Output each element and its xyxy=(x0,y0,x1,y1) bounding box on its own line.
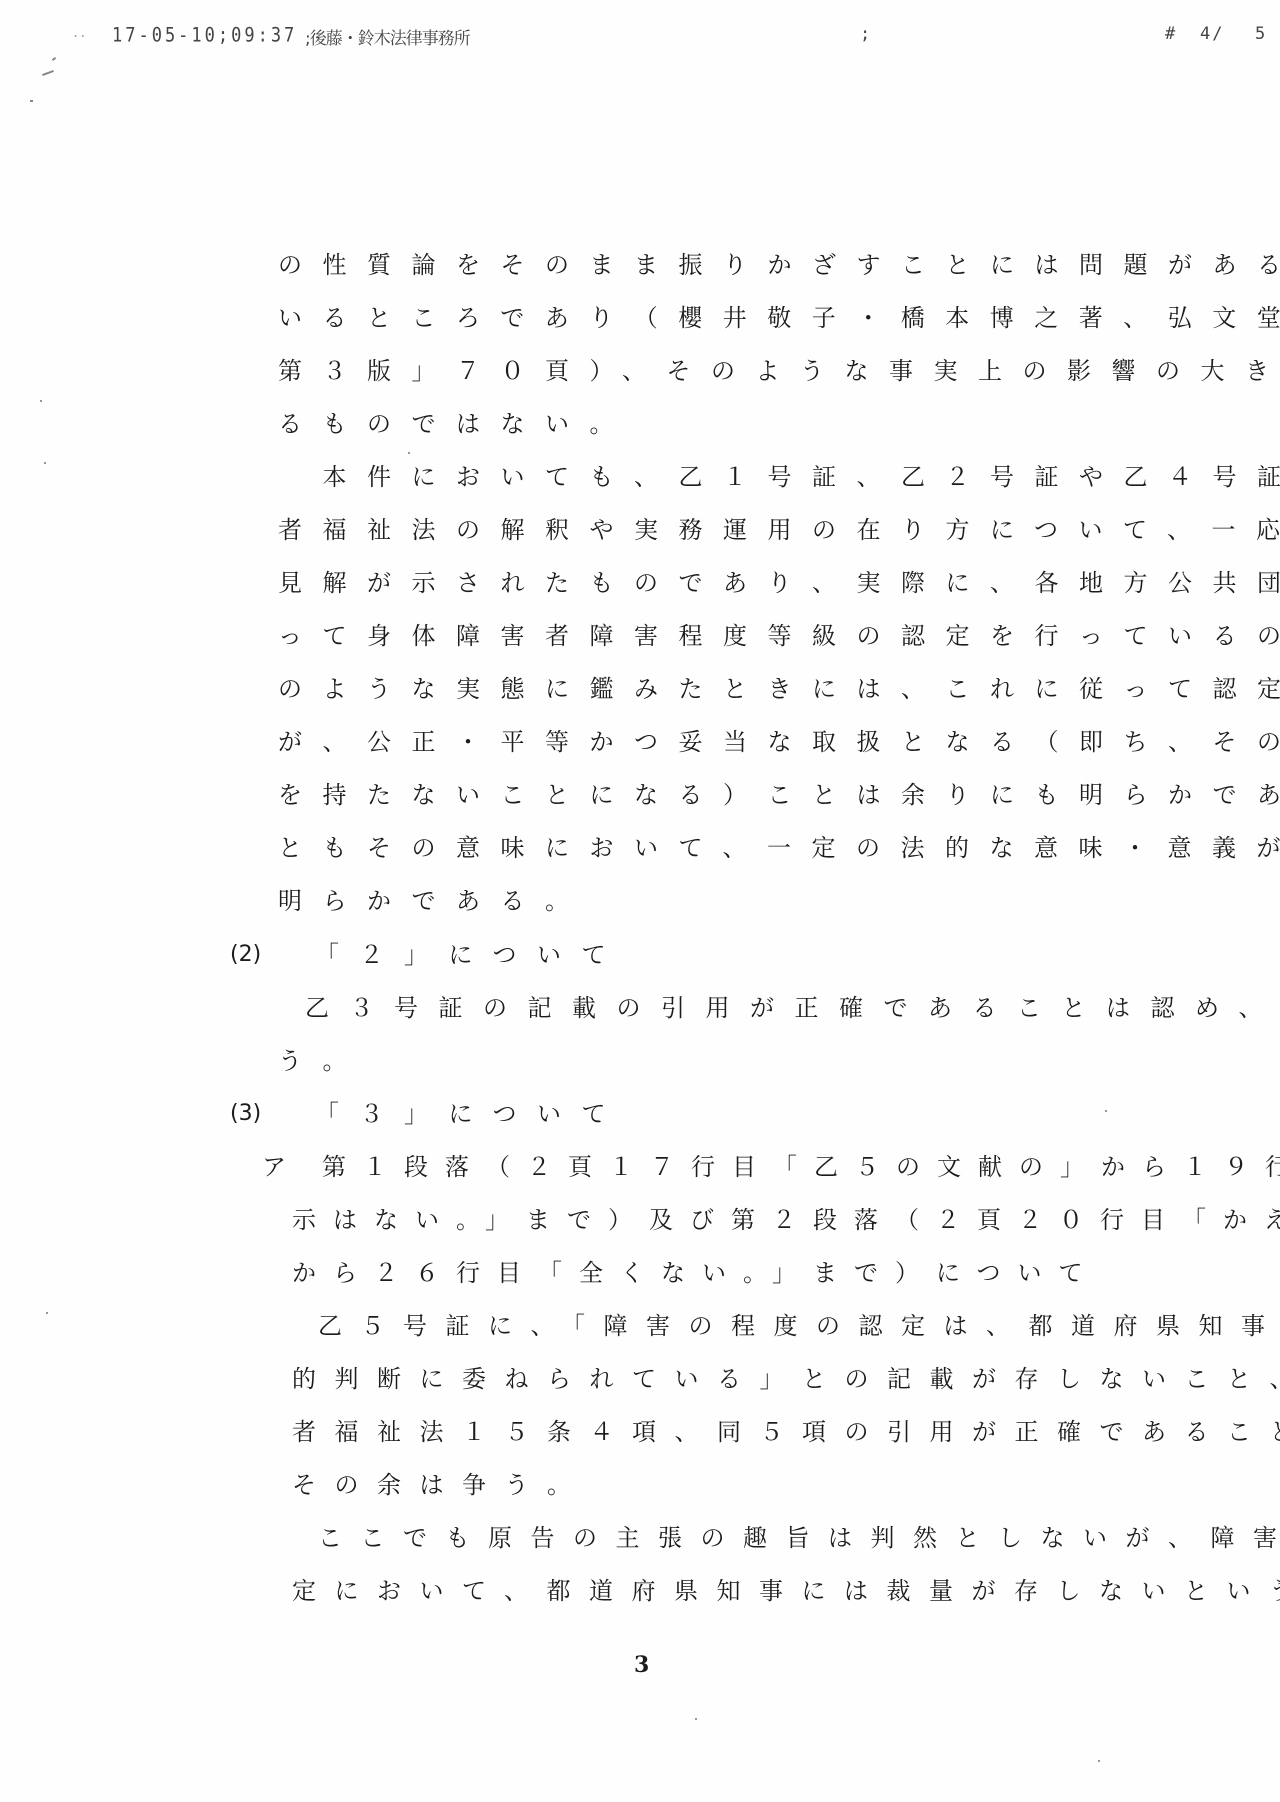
body-line: 見解が示されたものであり、実際に、各地方公共団体がこれに則 xyxy=(278,568,1280,598)
scan-speck xyxy=(408,452,410,454)
section-3-label: (3) xyxy=(230,1099,261,1129)
body-line: 本件においても、乙１号証、乙２号証や乙４号証は、身体障害 xyxy=(278,462,1280,492)
fax-header: .. 17-05-10;09:37 ;後藤・鈴木法律事務所 ; # 4/ 5 xyxy=(0,24,1280,54)
fax-separator: ; xyxy=(860,24,870,44)
body-line: ともその意味において、一定の法的な意味・意義が存することが xyxy=(278,833,1280,863)
scan-speck xyxy=(1105,1110,1107,1112)
scan-speck xyxy=(1098,1760,1100,1762)
page-number: 3 xyxy=(634,1652,649,1678)
fax-timestamp: 17-05-10;09:37 xyxy=(112,24,297,47)
scan-artifact xyxy=(52,57,56,61)
fax-page-number: 4/ xyxy=(1200,24,1224,44)
body-line: いるところであり（櫻井敬子・橋本博之著、弘文堂発行「行政法 xyxy=(278,303,1280,333)
item-a-heading-line: 第１段落（２頁１７行目「乙５の文献の」から１９行目「明 xyxy=(322,1152,1280,1182)
document-page: .. 17-05-10;09:37 ;後藤・鈴木法律事務所 ; # 4/ 5 の… xyxy=(0,0,1280,1802)
body-line: を持たないことになる）ことは余りにも明らかであって、少なく xyxy=(278,780,1280,810)
section-2-label: (2) xyxy=(230,940,261,970)
item-a-heading-line: 示はない。」まで）及び第２段落（２頁２０行目「かえって、」 xyxy=(292,1205,1280,1235)
scan-speck xyxy=(40,400,42,402)
scan-speck xyxy=(44,462,46,464)
item-a-paragraph-line: 定において、都道府県知事には裁量が存しないというものであ xyxy=(292,1576,1280,1606)
scan-speck xyxy=(695,1718,697,1720)
section-2-line: う。 xyxy=(278,1046,367,1076)
fax-hash: # xyxy=(1165,24,1175,44)
body-line: のような実態に鑑みたときには、これに従って認定を行うこと xyxy=(278,674,1280,704)
fax-sender: ;後藤・鈴木法律事務所 xyxy=(305,24,470,49)
body-line: って身体障害者障害程度等級の認定を行っているのである。そ xyxy=(278,621,1280,651)
body-line: るものではない。 xyxy=(278,409,634,439)
item-a-label: ア xyxy=(262,1152,307,1182)
item-a-paragraph-line: その余は争う。 xyxy=(292,1470,590,1500)
body-line: 者福祉法の解釈や実務運用の在り方について、一応の統一的な xyxy=(278,515,1280,545)
item-a-heading-line: から２６行目「全くない。」まで）について xyxy=(292,1258,1100,1288)
scan-artifact xyxy=(42,70,54,76)
body-line: 明らかである。 xyxy=(278,886,590,916)
item-a-paragraph-line: 者福祉法１５条４項、同５項の引用が正確であることは認め、 xyxy=(292,1417,1280,1447)
item-a-paragraph-line: 乙５号証に、「障害の程度の認定は、都道府県知事による裁量 xyxy=(318,1311,1280,1341)
section-2-heading: 「２」について xyxy=(315,940,626,970)
scan-speck xyxy=(46,1312,48,1314)
item-a-paragraph-line: ここでも原告の主張の趣旨は判然としないが、障害等級の認 xyxy=(318,1523,1280,1553)
scan-artifact xyxy=(30,100,33,102)
fax-total-pages: 5 xyxy=(1255,24,1265,44)
body-line: 第３版」７０頁）、そのような事実上の影響の大きさを看過しう xyxy=(278,356,1280,386)
item-a-paragraph-line: 的判断に委ねられている」との記載が存しないこと、身体障害 xyxy=(292,1364,1280,1394)
body-line: が、公正・平等かつ妥当な取扱となる（即ち、その判断が違法性 xyxy=(278,727,1280,757)
fax-marks: .. xyxy=(72,26,86,40)
section-3-heading: 「３」について xyxy=(315,1099,626,1129)
section-2-line: 乙３号証の記載の引用が正確であることは認め、その余は争 xyxy=(305,993,1280,1023)
body-line: の性質論をそのまま振りかざすことには問題がある」とされて xyxy=(278,250,1280,280)
